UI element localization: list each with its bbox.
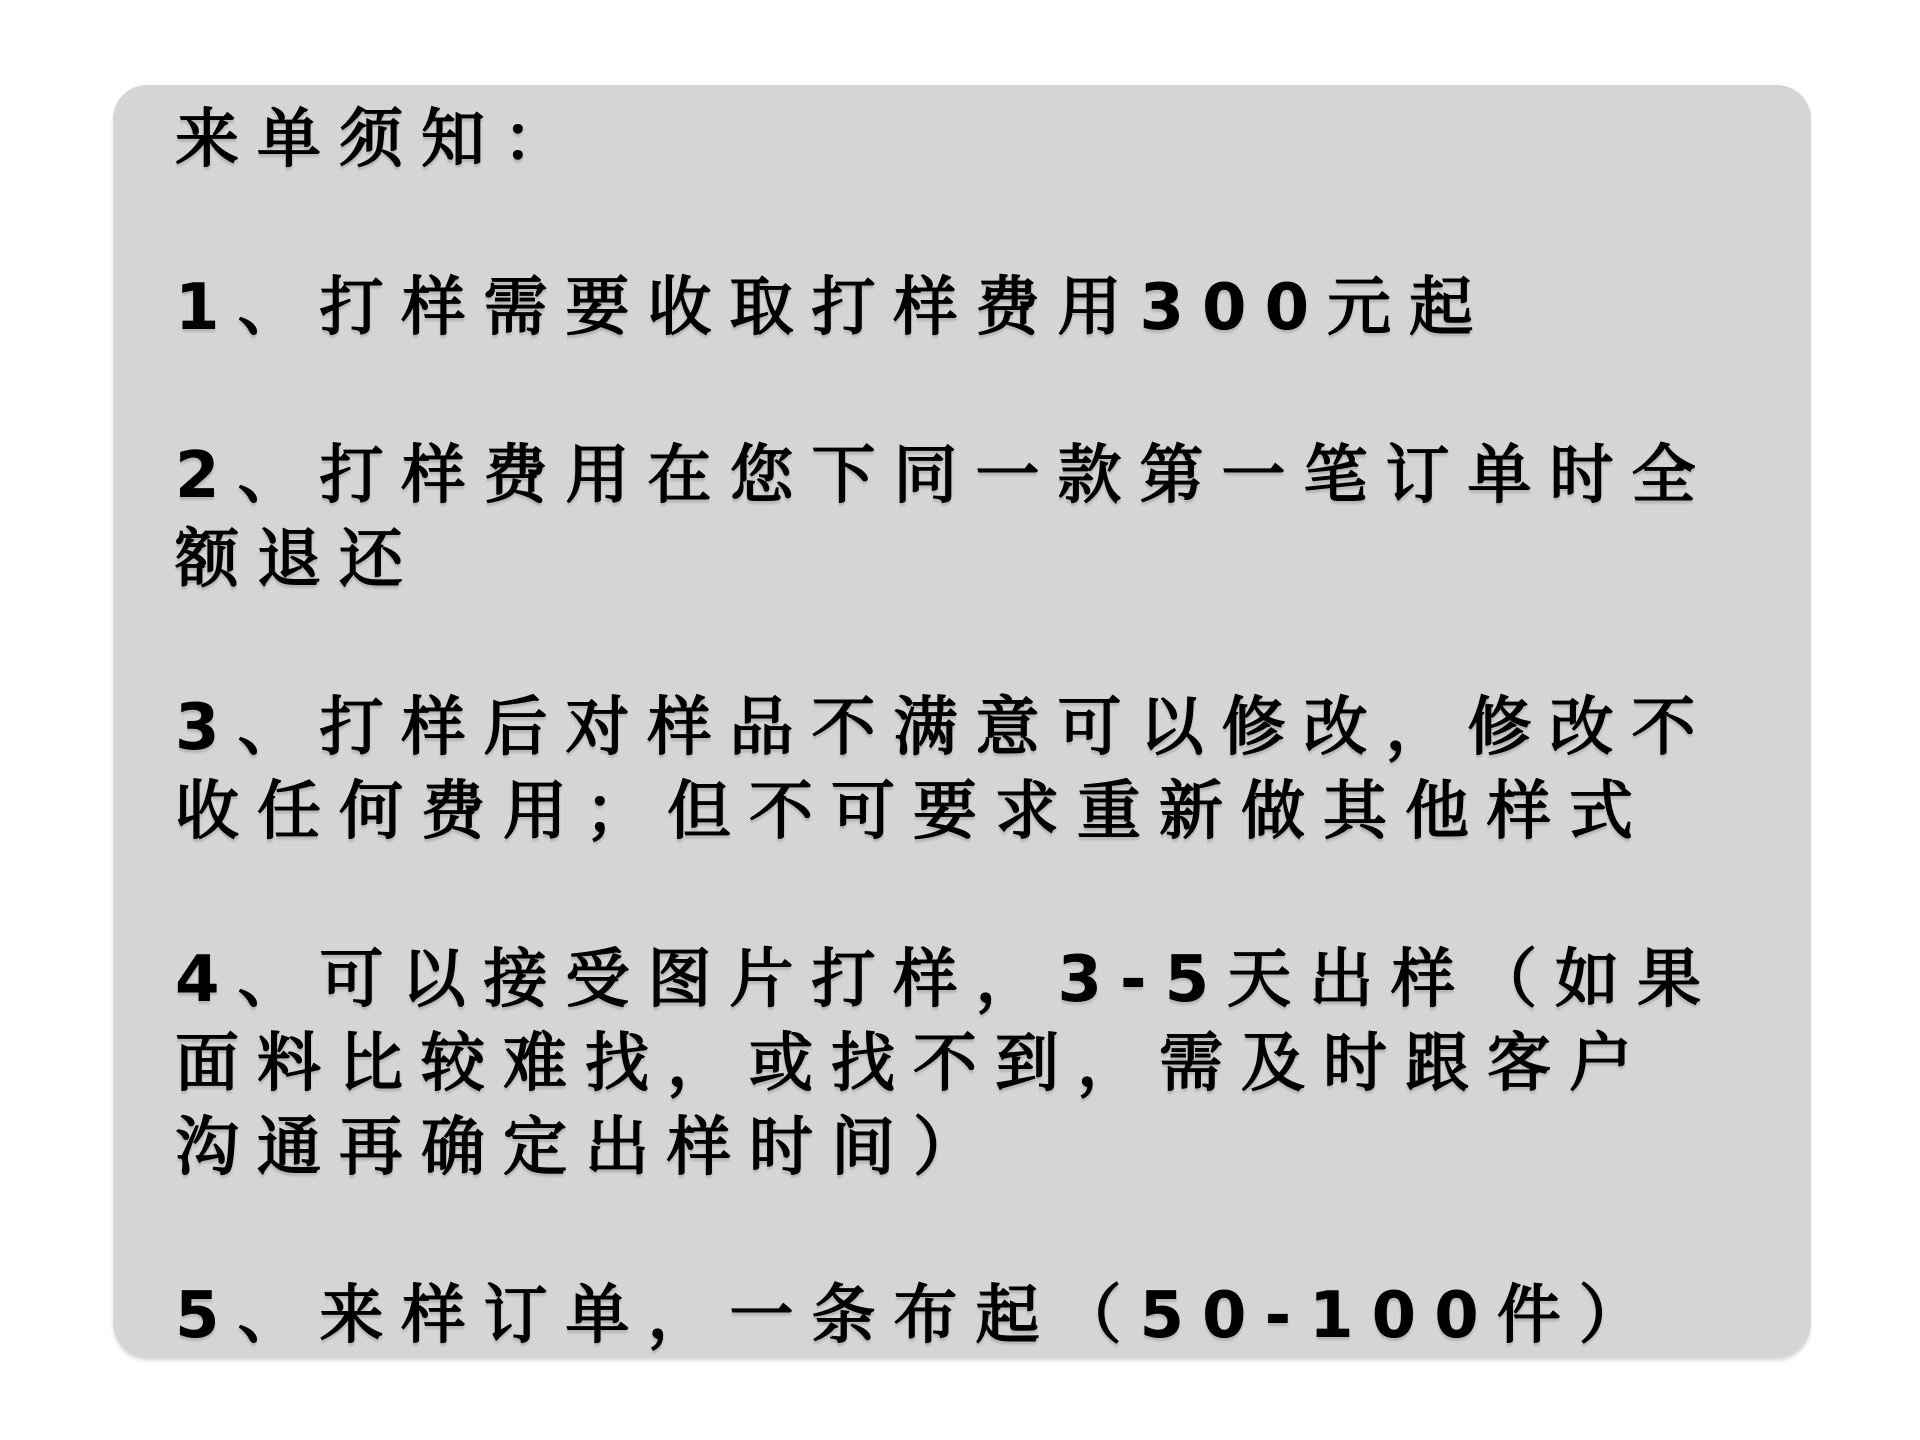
notice-item-1: 1、打样需要收取打样费用300元起 — [175, 266, 1761, 350]
notice-item-3-line-1: 3、打样后对样品不满意可以修改，修改不 — [175, 686, 1761, 770]
notice-item-3-line-2: 收任何费用；但不可要求重新做其他样式 — [175, 770, 1761, 854]
notice-item-4-line-2: 面料比较难找，或找不到，需及时跟客户 — [175, 1022, 1761, 1106]
notice-item-2: 2、打样费用在您下同一款第一笔订单时全 额退还 — [175, 434, 1761, 602]
notice-item-1-line-1: 1、打样需要收取打样费用300元起 — [175, 266, 1761, 350]
notice-item-2-line-2: 额退还 — [175, 518, 1761, 602]
notice-item-5: 5、来样订单，一条布起（50-100件） — [175, 1274, 1761, 1357]
notice-item-4-line-1: 4、可以接受图片打样，3-5天出样（如果 — [175, 938, 1761, 1022]
notice-item-3: 3、打样后对样品不满意可以修改，修改不 收任何费用；但不可要求重新做其他样式 — [175, 686, 1761, 854]
order-notice-card: 来单须知： 1、打样需要收取打样费用300元起 2、打样费用在您下同一款第一笔订… — [113, 85, 1811, 1357]
notice-title: 来单须知： — [175, 98, 1761, 182]
notice-title-block: 来单须知： — [175, 98, 1761, 182]
notice-item-5-line-1: 5、来样订单，一条布起（50-100件） — [175, 1274, 1761, 1357]
notice-item-2-line-1: 2、打样费用在您下同一款第一笔订单时全 — [175, 434, 1761, 518]
notice-item-4-line-3: 沟通再确定出样时间） — [175, 1106, 1761, 1190]
notice-item-4: 4、可以接受图片打样，3-5天出样（如果 面料比较难找，或找不到，需及时跟客户 … — [175, 938, 1761, 1190]
